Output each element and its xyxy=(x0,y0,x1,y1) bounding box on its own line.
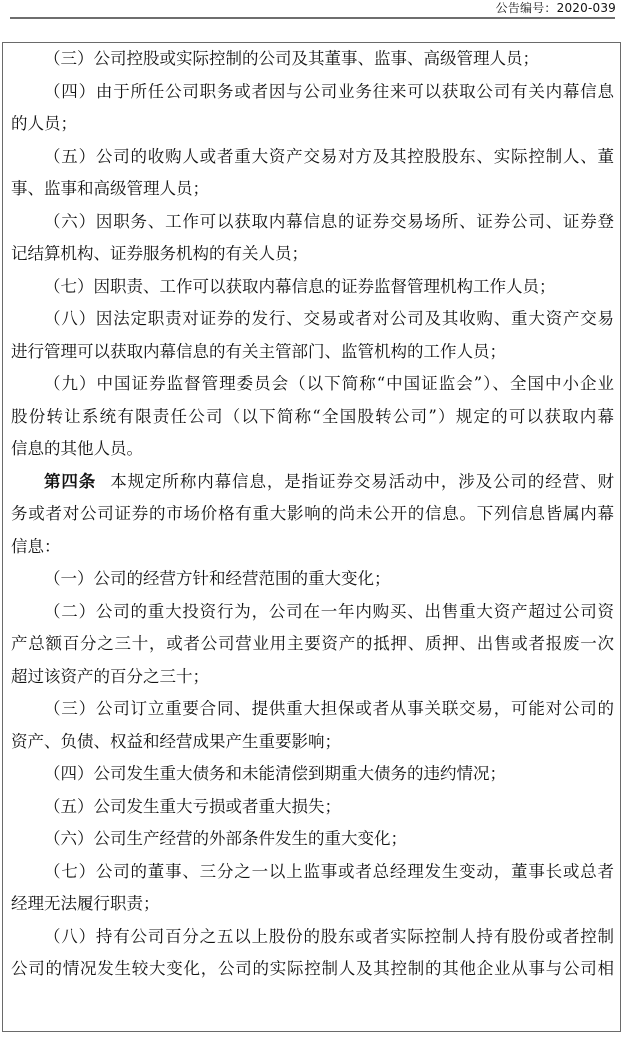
paragraph-info-2-line-2: 产总额百分之三十，或者公司营业用主要资产的抵押、质押、出售或者报废一次 xyxy=(11,628,614,661)
paragraph-item-7-line-1: （七）因职责、工作可以获取内幕信息的证券监督管理机构工作人员； xyxy=(11,271,614,304)
paragraph-info-4-line-1: （四）公司发生重大债务和未能清偿到期重大债务的违约情况； xyxy=(11,758,614,791)
paragraph-info-8-line-2: 公司的情况发生较大变化，公司的实际控制人及其控制的其他企业从事与公司相 xyxy=(11,953,614,986)
paragraph-item-5-line-2: 事、监事和高级管理人员； xyxy=(11,173,614,206)
paragraph-item-4-line-2: 的人员； xyxy=(11,108,614,141)
paragraph-item-9-line-2: 股份转让系统有限责任公司（以下简称“全国股转公司”）规定的可以获取内幕 xyxy=(11,401,614,434)
document-body: （三）公司控股或实际控制的公司及其董事、监事、高级管理人员； （四）由于所任公司… xyxy=(3,43,620,986)
article-4-line-1: 第四条本规定所称内幕信息，是指证券交易活动中，涉及公司的经营、财 xyxy=(11,466,614,499)
paragraph-info-7-line-2: 经理无法履行职责； xyxy=(11,888,614,921)
paragraph-info-6-line-1: （六）公司生产经营的外部条件发生的重大变化； xyxy=(11,823,614,856)
paragraph-item-6-line-1: （六）因职务、工作可以获取内幕信息的证券交易场所、证券公司、证券登 xyxy=(11,206,614,239)
paragraph-info-5-line-1: （五）公司发生重大亏损或者重大损失； xyxy=(11,791,614,824)
article-4-line-3: 信息： xyxy=(11,531,614,564)
paragraph-item-9-line-3: 信息的其他人员。 xyxy=(11,433,614,466)
article-4-text: 本规定所称内幕信息，是指证券交易活动中，涉及公司的经营、财 xyxy=(110,472,614,491)
paragraph-item-8-line-2: 进行管理可以获取内幕信息的有关主管部门、监管机构的工作人员； xyxy=(11,336,614,369)
paragraph-item-6-line-2: 记结算机构、证券服务机构的有关人员； xyxy=(11,238,614,271)
paragraph-info-2-line-3: 超过该资产的百分之三十； xyxy=(11,661,614,694)
paragraph-item-3-line-1: （三）公司控股或实际控制的公司及其董事、监事、高级管理人员； xyxy=(11,43,614,76)
paragraph-item-8-line-1: （八）因法定职责对证券的发行、交易或者对公司及其收购、重大资产交易 xyxy=(11,303,614,336)
paragraph-info-2-line-1: （二）公司的重大投资行为，公司在一年内购买、出售重大资产超过公司资 xyxy=(11,596,614,629)
announcement-number: 公告编号：2020-039 xyxy=(496,0,616,16)
article-4-heading: 第四条 xyxy=(44,472,96,491)
paragraph-item-5-line-1: （五）公司的收购人或者重大资产交易对方及其控股股东、实际控制人、董 xyxy=(11,141,614,174)
document-content-box: （三）公司控股或实际控制的公司及其董事、监事、高级管理人员； （四）由于所任公司… xyxy=(2,42,621,1032)
paragraph-item-4-line-1: （四）由于所任公司职务或者因与公司业务往来可以获取公司有关内幕信息 xyxy=(11,76,614,109)
article-4-line-2: 务或者对公司证券的市场价格有重大影响的尚未公开的信息。下列信息皆属内幕 xyxy=(11,498,614,531)
header-divider xyxy=(10,17,615,19)
paragraph-info-3-line-2: 资产、负债、权益和经营成果产生重要影响； xyxy=(11,726,614,759)
paragraph-info-8-line-1: （八）持有公司百分之五以上股份的股东或者实际控制人持有股份或者控制 xyxy=(11,921,614,954)
paragraph-info-7-line-1: （七）公司的董事、三分之一以上监事或者总经理发生变动，董事长或总者 xyxy=(11,856,614,889)
paragraph-info-1-line-1: （一）公司的经营方针和经营范围的重大变化； xyxy=(11,563,614,596)
paragraph-item-9-line-1: （九）中国证券监督管理委员会（以下简称“中国证监会”）、全国中小企业 xyxy=(11,368,614,401)
paragraph-info-3-line-1: （三）公司订立重要合同、提供重大担保或者从事关联交易，可能对公司的 xyxy=(11,693,614,726)
